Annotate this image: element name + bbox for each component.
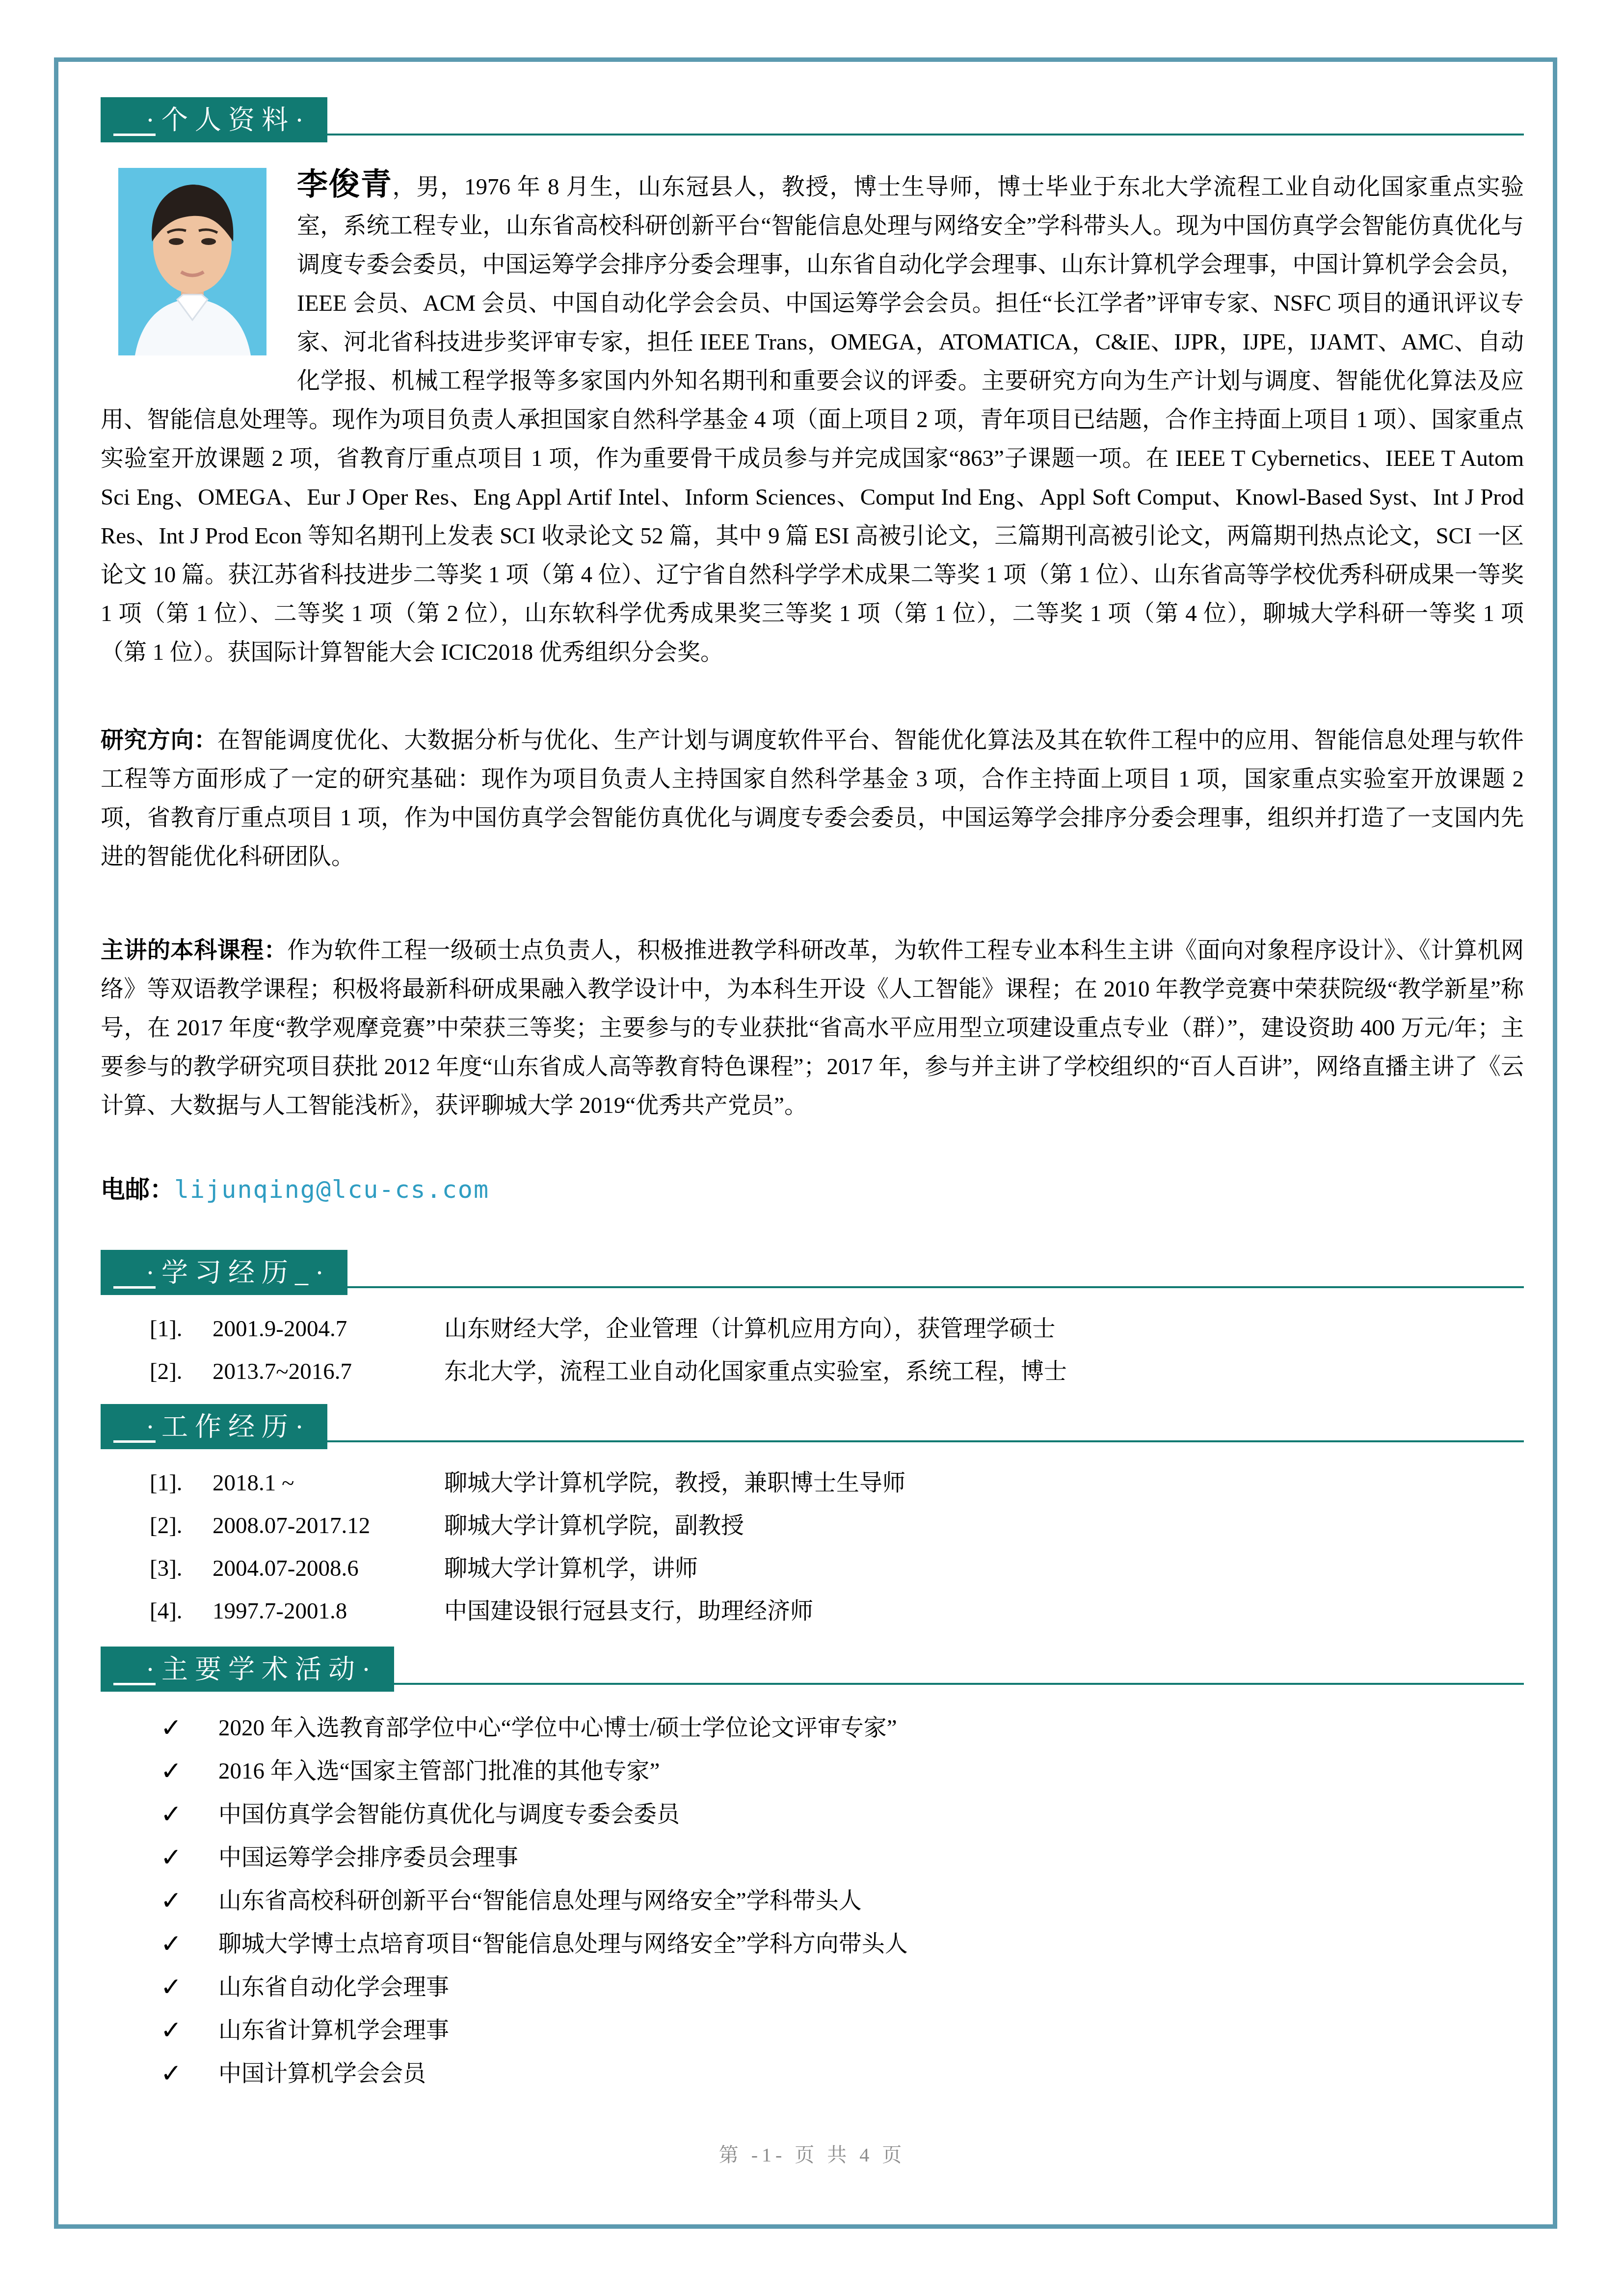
row-desc: 聊城大学计算机学院，教授，兼职博士生导师	[444, 1462, 1524, 1505]
checkmark-icon: ✓	[101, 1750, 218, 1793]
activity-item: ✓ 中国运筹学会排序委员会理事	[101, 1836, 1524, 1879]
education-title: ·学习经历_·	[101, 1250, 347, 1295]
activity-item: ✓ 山东省自动化学会理事	[101, 1966, 1524, 2009]
email-line: 电邮：lijunqing@lcu-cs.com	[101, 1172, 1524, 1207]
checkmark-icon: ✓	[101, 2052, 218, 2095]
row-desc: 东北大学，流程工业自动化国家重点实验室，系统工程，博士	[444, 1351, 1524, 1393]
checkmark-icon: ✓	[101, 1836, 218, 1879]
row-date: 2013.7~2016.7	[213, 1351, 444, 1393]
profile-photo	[118, 168, 266, 355]
row-marker: [2].	[101, 1351, 213, 1393]
work-row: [3]. 2004.07-2008.6 聊城大学计算机学，讲师	[101, 1547, 1524, 1590]
page-number: 第 -1- 页 共 4 页	[101, 2139, 1524, 2167]
activity-item: ✓ 中国计算机学会会员	[101, 2052, 1524, 2095]
work-row: [4]. 1997.7-2001.8 中国建设银行冠县支行，助理经济师	[101, 1590, 1524, 1633]
education-list: [1]. 2001.9-2004.7 山东财经大学，企业管理（计算机应用方向），…	[101, 1308, 1524, 1393]
checkmark-icon: ✓	[101, 1706, 218, 1750]
profile-title: ·个人资料·	[101, 97, 327, 142]
row-desc: 山东财经大学，企业管理（计算机应用方向），获管理学硕士	[444, 1308, 1524, 1351]
checkmark-icon: ✓	[101, 1966, 218, 2009]
row-marker: [1].	[101, 1462, 213, 1505]
section-header-activities: ·主要学术活动·	[101, 1647, 1524, 1692]
research-label: 研究方向：	[101, 728, 217, 753]
email-link[interactable]: lijunqing@lcu-cs.com	[174, 1175, 489, 1204]
education-row: [1]. 2001.9-2004.7 山东财经大学，企业管理（计算机应用方向），…	[101, 1308, 1524, 1351]
checkmark-icon: ✓	[101, 1922, 218, 1966]
teaching-paragraph: 主讲的本科课程：作为软件工程一级硕士点负责人，积极推进教学科研改革，为软件工程专…	[101, 931, 1524, 1125]
checkmark-icon: ✓	[101, 1793, 218, 1836]
activity-text: 中国运筹学会排序委员会理事	[218, 1836, 1524, 1879]
row-desc: 中国建设银行冠县支行，助理经济师	[444, 1590, 1524, 1633]
bio-text: ，男，1976 年 8 月生，山东冠县人，教授，博士生导师，博士毕业于东北大学流…	[101, 174, 1524, 665]
activity-item: ✓ 山东省计算机学会理事	[101, 2009, 1524, 2052]
activity-text: 2020 年入选教育部学位中心“学位中心博士/硕士学位论文评审专家”	[218, 1706, 1524, 1750]
work-list: [1]. 2018.1 ~ 聊城大学计算机学院，教授，兼职博士生导师 [2]. …	[101, 1462, 1524, 1633]
person-name: 李俊青	[297, 167, 393, 201]
activity-item: ✓ 2020 年入选教育部学位中心“学位中心博士/硕士学位论文评审专家”	[101, 1706, 1524, 1750]
education-title-rule	[347, 1286, 1524, 1288]
row-marker: [1].	[101, 1308, 213, 1351]
row-desc: 聊城大学计算机学院，副教授	[444, 1505, 1524, 1547]
activity-text: 聊城大学博士点培育项目“智能信息处理与网络安全”学科方向带头人	[218, 1922, 1524, 1966]
row-date: 2008.07-2017.12	[213, 1505, 444, 1547]
row-marker: [4].	[101, 1590, 213, 1633]
checkmark-icon: ✓	[101, 1879, 218, 1922]
row-date: 2004.07-2008.6	[213, 1547, 444, 1590]
activity-item: ✓ 聊城大学博士点培育项目“智能信息处理与网络安全”学科方向带头人	[101, 1922, 1524, 1966]
row-date: 2018.1 ~	[213, 1462, 444, 1505]
activity-item: ✓ 中国仿真学会智能仿真优化与调度专委会委员	[101, 1793, 1524, 1836]
activity-text: 山东省自动化学会理事	[218, 1966, 1524, 2009]
email-label: 电邮：	[101, 1176, 174, 1203]
teaching-label: 主讲的本科课程：	[101, 938, 287, 963]
row-date: 2001.9-2004.7	[213, 1308, 444, 1351]
bio-paragraph: 李俊青，男，1976 年 8 月生，山东冠县人，教授，博士生导师，博士毕业于东北…	[101, 165, 1524, 672]
section-header-profile: ·个人资料·	[101, 97, 1524, 142]
work-title: ·工作经历·	[101, 1404, 327, 1449]
section-header-education: ·学习经历_·	[101, 1250, 1524, 1295]
row-marker: [2].	[101, 1505, 213, 1547]
work-row: [1]. 2018.1 ~ 聊城大学计算机学院，教授，兼职博士生导师	[101, 1462, 1524, 1505]
profile-title-rule	[327, 134, 1524, 135]
activity-text: 山东省高校科研创新平台“智能信息处理与网络安全”学科带头人	[218, 1879, 1524, 1922]
row-desc: 聊城大学计算机学，讲师	[444, 1547, 1524, 1590]
activities-title: ·主要学术活动·	[101, 1647, 394, 1692]
activity-text: 中国仿真学会智能仿真优化与调度专委会委员	[218, 1793, 1524, 1836]
cv-page: ·个人资料· 李俊青，男，1976 年 8 月生，山东冠县人，教授，博士生导师，…	[101, 97, 1524, 2167]
research-paragraph: 研究方向：在智能调度优化、大数据分析与优化、生产计划与调度软件平台、智能优化算法…	[101, 721, 1524, 876]
activities-list: ✓ 2020 年入选教育部学位中心“学位中心博士/硕士学位论文评审专家” ✓ 2…	[101, 1706, 1524, 2095]
row-date: 1997.7-2001.8	[213, 1590, 444, 1633]
work-row: [2]. 2008.07-2017.12 聊城大学计算机学院，副教授	[101, 1505, 1524, 1547]
work-title-rule	[327, 1440, 1524, 1442]
activity-item: ✓ 2016 年入选“国家主管部门批准的其他专家”	[101, 1750, 1524, 1793]
checkmark-icon: ✓	[101, 2009, 218, 2052]
activity-text: 2016 年入选“国家主管部门批准的其他专家”	[218, 1750, 1524, 1793]
activity-text: 中国计算机学会会员	[218, 2052, 1524, 2095]
activities-title-rule	[394, 1683, 1524, 1685]
teaching-text: 作为软件工程一级硕士点负责人，积极推进教学科研改革，为软件工程专业本科生主讲《面…	[101, 938, 1524, 1118]
section-header-work: ·工作经历·	[101, 1404, 1524, 1449]
row-marker: [3].	[101, 1547, 213, 1590]
research-text: 在智能调度优化、大数据分析与优化、生产计划与调度软件平台、智能优化算法及其在软件…	[101, 728, 1524, 869]
activity-text: 山东省计算机学会理事	[218, 2009, 1524, 2052]
activity-item: ✓ 山东省高校科研创新平台“智能信息处理与网络安全”学科带头人	[101, 1879, 1524, 1922]
education-row: [2]. 2013.7~2016.7 东北大学，流程工业自动化国家重点实验室，系…	[101, 1351, 1524, 1393]
